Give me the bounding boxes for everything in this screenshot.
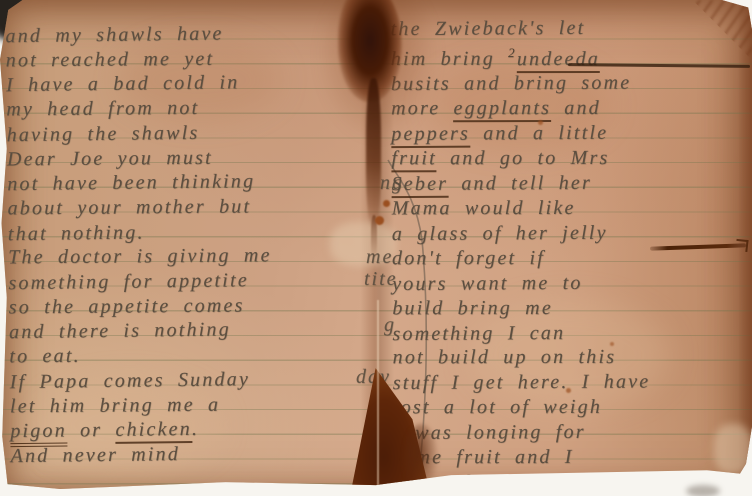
- handwriting-line: something for appetite: [8, 267, 368, 296]
- fold-fragment: g: [384, 314, 396, 337]
- handwriting-line: Dear Joe you must: [7, 144, 367, 172]
- handwriting-segment: chicken: [115, 418, 192, 444]
- bottom-ink-stain-lobe: [404, 424, 438, 496]
- fold-crease-line: [377, 300, 379, 496]
- handwriting-segment: a glass of her jelly: [392, 222, 608, 245]
- handwriting-segment: let him bring me a: [10, 393, 220, 417]
- handwriting-segment: about your mother but: [7, 195, 251, 219]
- handwriting-segment: something for appetite: [8, 269, 249, 294]
- handwriting-line: And never mind: [10, 440, 370, 469]
- top-ink-stain-drip: [366, 78, 381, 228]
- handwriting-segment: lost a lot of weigh: [393, 396, 602, 418]
- handwriting-line: lost a lot of weigh: [393, 395, 751, 421]
- rust-speck: [383, 200, 390, 207]
- handwriting-line: and my shawls have: [5, 20, 365, 49]
- handwriting-line: I was longing for: [393, 419, 751, 446]
- handwriting-segment: stuff I get here. I have: [393, 371, 651, 395]
- handwriting-line: my head from not: [6, 95, 366, 123]
- handwriting-segment: and there is nothing: [9, 319, 231, 344]
- handwriting-line: Seber and tell her: [391, 170, 749, 197]
- left-page-text: and my shawls havenot reached me yetI ha…: [5, 20, 370, 469]
- handwriting-segment: build bring me: [392, 297, 553, 319]
- handwriting-segment: not reached me yet: [6, 47, 215, 71]
- handwriting-line: let him bring me a: [10, 391, 370, 419]
- handwriting-segment: 2: [508, 45, 517, 60]
- handwriting-line: to eat.: [9, 342, 369, 370]
- handwriting-segment: and: [551, 97, 601, 119]
- handwriting-segment: and go to Mrs: [437, 147, 610, 169]
- handwriting-line: a glass of her jelly: [392, 220, 750, 247]
- handwriting-segment: The doctor is giving me: [8, 245, 272, 269]
- rust-speck: [538, 120, 543, 125]
- handwriting-segment: don't forget if: [392, 247, 545, 269]
- handwriting-segment: Dear Joe you must: [7, 146, 213, 170]
- handwriting-line: not have been thinking: [7, 168, 367, 197]
- handwriting-segment: eggplants: [453, 97, 551, 122]
- handwriting-line: something I can: [392, 319, 750, 346]
- handwriting-segment: that nothing.: [8, 221, 145, 245]
- handwriting-segment: something I can: [392, 322, 565, 345]
- fold-fragment: me: [366, 246, 393, 269]
- handwriting-segment: and my shawls have: [5, 23, 223, 48]
- handwriting-segment: I have a bad cold in: [6, 72, 240, 97]
- handwriting-line: the Zwieback's let: [391, 15, 749, 42]
- handwriting-line: not reached me yet: [6, 45, 366, 73]
- handwriting-line: so the appetite comes: [9, 292, 369, 320]
- handwriting-segment: or: [67, 419, 116, 442]
- handwriting-segment: Mama would like: [392, 197, 576, 219]
- handwriting-segment: .: [192, 418, 199, 440]
- fold-fragment: ng: [380, 172, 404, 195]
- scan-of-letter: and my shawls havenot reached me yetI ha…: [0, 0, 752, 496]
- handwriting-line: fruit and go to Mrs: [391, 146, 749, 172]
- handwriting-segment: yours want me to: [392, 272, 583, 295]
- handwriting-segment: so the appetite comes: [9, 294, 245, 318]
- handwriting-segment: my head from not: [6, 97, 199, 121]
- handwriting-line: about your mother but: [7, 194, 367, 222]
- handwriting-segment: and tell her: [448, 172, 592, 195]
- handwriting-line: Mama would like: [392, 196, 750, 222]
- handwriting-segment: not have been thinking: [7, 170, 255, 195]
- handwriting-line: and there is nothing: [9, 316, 369, 345]
- handwriting-segment: to eat.: [9, 345, 81, 368]
- handwriting-line: busits and bring some: [391, 70, 749, 97]
- handwriting-line: peppers and a little: [391, 120, 749, 147]
- handwriting-line: having the shawls: [7, 119, 367, 148]
- handwriting-line: don't forget if: [392, 246, 750, 272]
- handwriting-segment: having the shawls: [7, 122, 200, 146]
- handwriting-segment: fruit: [391, 147, 436, 172]
- handwriting-line: some fruit and I: [393, 445, 751, 471]
- scanner-bottom-smudge: [686, 485, 720, 496]
- handwriting-line: more eggplants and: [391, 96, 749, 122]
- handwriting-segment: If Papa comes Sunday: [10, 368, 251, 393]
- fold-fragment: tite: [364, 268, 398, 291]
- handwriting-segment: undeeda: [517, 48, 600, 73]
- handwriting-segment: and a little: [470, 122, 608, 145]
- letter-paper: and my shawls havenot reached me yetI ha…: [0, 0, 752, 496]
- rust-speck: [566, 388, 571, 393]
- handwriting-segment: not build up on this: [393, 346, 617, 368]
- handwriting-line: yours want me to: [392, 270, 750, 297]
- rust-speck: [375, 216, 384, 225]
- handwriting-line: stuff I get here. I have: [393, 369, 751, 396]
- handwriting-line: The doctor is giving me: [8, 243, 368, 271]
- handwriting-segment: And never mind: [10, 443, 180, 467]
- handwriting-line: not build up on this: [393, 345, 751, 371]
- handwriting-line: I have a bad cold in: [6, 69, 366, 98]
- handwriting-line: build bring me: [392, 295, 750, 321]
- right-page-text: the Zwieback's lethim bring 2undeedabusi…: [391, 15, 752, 496]
- handwriting-line: If Papa comes Sunday: [10, 366, 370, 395]
- rust-speck: [610, 342, 614, 346]
